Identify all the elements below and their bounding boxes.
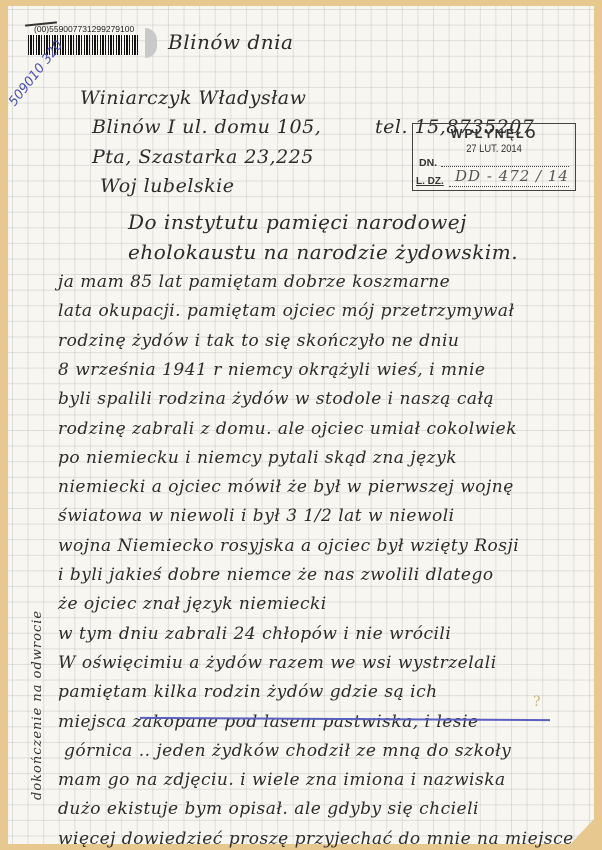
margin-note: dokończenie na odwrocie (30, 610, 45, 800)
salutation-line2: eholokaustu na narodzie żydowskim. (128, 240, 518, 264)
stamp-reference-number: DD - 472 / 14 (455, 167, 569, 185)
sender-name: Winiarczyk Władysław (80, 87, 306, 109)
letter-line: ja mam 85 lat pamiętam dobrze koszmarne (58, 272, 450, 292)
stamp-ldz-label: L. DZ. (416, 176, 444, 187)
letter-line: niemiecki a ojciec mówił że był w pierws… (58, 477, 514, 497)
sender-address-line1: Blinów I ul. domu 105, (92, 116, 321, 138)
letter-line: w tym dniu zabrali 24 chłopów i nie wróc… (58, 624, 451, 644)
letter-line: światowa w niewoli i był 3 1/2 lat w nie… (58, 506, 455, 526)
barcode-number: (00)559007731299279100 (34, 24, 134, 34)
sender-region: Woj lubelskie (100, 175, 235, 197)
letter-line: dużo ekistuje bym opisał. ale gdyby się … (58, 799, 479, 819)
letter-line: byli spalili rodzina żydów w stodole i n… (58, 389, 494, 409)
stamp-dn-label: DN. (419, 157, 437, 169)
letter-line: i byli jakieś dobre niemce że nas zwolil… (58, 565, 494, 585)
letter-line: rodzinę żydów i tak to się skończyło ne … (58, 331, 459, 351)
letter-line: że ojciec znał język niemiecki (58, 594, 327, 614)
letter-line: górnica .. jeden żydków chodził ze mną d… (64, 741, 511, 761)
stamp-ldz-dotted-line (449, 186, 569, 187)
stamp-date: 27 LUT. 2014 (425, 143, 563, 155)
letter-line: mam go na zdjęciu. i wiele zna imiona i … (58, 770, 506, 790)
faint-mark: ? (533, 694, 541, 710)
letter-line: miejsca zakopane pod lasem pastwiska, i … (58, 712, 479, 732)
letter-line: lata okupacji. pamiętam ojciec mój przet… (58, 301, 515, 321)
letter-line: rodzinę zabrali z domu. ale ojciec umiał… (58, 419, 517, 439)
letter-line: pamiętam kilka rodzin żydów gdzie są ich (58, 682, 438, 702)
sender-address-line2: Pta, Szastarka 23,225 (92, 146, 314, 168)
letter-line: 8 września 1941 r niemcy okrążyli wieś, … (58, 360, 485, 380)
letter-line: wojna Niemiecko rosyjska a ojciec był wz… (58, 536, 519, 556)
stamp-title: WPŁYNĘŁO (413, 127, 575, 141)
letter-line: po niemiecku i niemcy pytali skąd zna ję… (58, 448, 457, 468)
place-date: Blinów dnia (168, 30, 293, 54)
received-stamp: WPŁYNĘŁO 27 LUT. 2014 DN. L. DZ. DD - 47… (412, 123, 576, 191)
letter-line: W oświęcimiu a żydów razem we wsi wystrz… (58, 653, 497, 673)
letter-line: więcej dowiedzieć proszę przyjechać do m… (58, 829, 574, 849)
salutation-line1: Do instytutu pamięci narodowej (128, 210, 467, 234)
